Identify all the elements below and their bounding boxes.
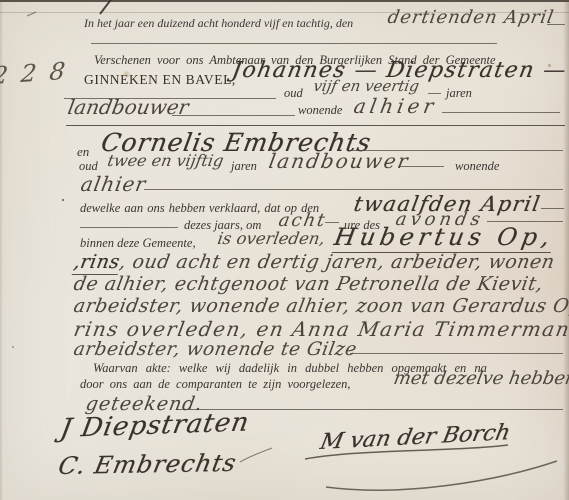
blank-line: [80, 227, 178, 228]
wonende-label-1: wonende: [298, 103, 342, 118]
signature-registrar: M van der Borch: [318, 420, 512, 455]
page-edge-left: [0, 0, 3, 500]
jaren-label-2: jaren: [231, 159, 257, 174]
death-hour-handwritten: acht: [277, 210, 328, 231]
deceased-line-5: rins overleden, en Anna Maria Timmermans: [72, 317, 569, 341]
deceased-name-suffix-underlined: ,rins: [72, 251, 122, 275]
act-number: 228: [0, 56, 80, 90]
filler-dash: [541, 208, 564, 209]
deceased-name: Hubertus Op,: [332, 223, 556, 251]
deceased-line-2: ,rins, oud acht en dertig jaren, arbeide…: [72, 251, 556, 273]
paper-speck: [203, 206, 205, 208]
declarant1-age: vijf en veertig: [312, 77, 421, 95]
year-line-printed: In het jaar een duizend acht honderd vij…: [84, 16, 353, 31]
blank-line: [350, 353, 563, 354]
top-rule: [0, 0, 569, 2]
is-overleden-handwritten: is overleden,: [216, 229, 326, 248]
deceased-line-3: de alhier, echtgenoot van Petronella de …: [72, 273, 545, 295]
filler-dash: [398, 166, 444, 167]
blank-line: [172, 115, 295, 116]
signature-declarant2: C. Embrechts: [56, 449, 239, 480]
declarant1-residence: alhier: [352, 94, 439, 118]
page-edge-right: [563, 0, 569, 500]
blank-line: [442, 112, 560, 113]
wonende-label-2: wonende: [455, 159, 499, 174]
closing-printed-2: door ons aan de comparanten te zijn voor…: [80, 377, 351, 392]
paper-speck: [62, 199, 64, 201]
deceased-line-4: arbeidster, wonende alhier, zoon van Ger…: [72, 295, 569, 317]
oud-label-1: oud: [284, 86, 303, 101]
declaration-printed-4: binnen deze Gemeente,: [80, 236, 196, 251]
blank-line: [487, 221, 563, 222]
declarant2-occupation: landbouwer: [267, 149, 411, 173]
closing-handwritten-1: met dezelve hebben: [392, 368, 569, 389]
paper-speck: [548, 64, 551, 67]
municipality-label: GINNEKEN EN BAVEL,: [84, 72, 236, 88]
paper-stain: [122, 70, 131, 78]
deceased-name-underlined: Hubertus Op,: [332, 223, 556, 253]
rule-under-date: [91, 43, 497, 44]
blank-line: [144, 189, 563, 190]
deceased-line-2-rest: , oud acht en dertig jaren, arbeider, wo…: [118, 251, 557, 273]
date-handwritten: dertienden April: [386, 7, 556, 28]
en-label: en: [77, 144, 89, 160]
paper-speck: [12, 346, 14, 348]
death-record-scan: In het jaar een duizend acht honderd vij…: [0, 0, 569, 500]
section-rule: [66, 125, 565, 126]
jaren-label-1: jaren: [446, 86, 472, 101]
declarant2-residence: alhier: [79, 172, 148, 196]
signature-declarant1: J Diepstraten: [58, 407, 252, 444]
declarant2-age: twee en vijftig: [106, 151, 225, 170]
deceased-line-6: arbeidster, wonende te Gilze: [72, 339, 359, 360]
